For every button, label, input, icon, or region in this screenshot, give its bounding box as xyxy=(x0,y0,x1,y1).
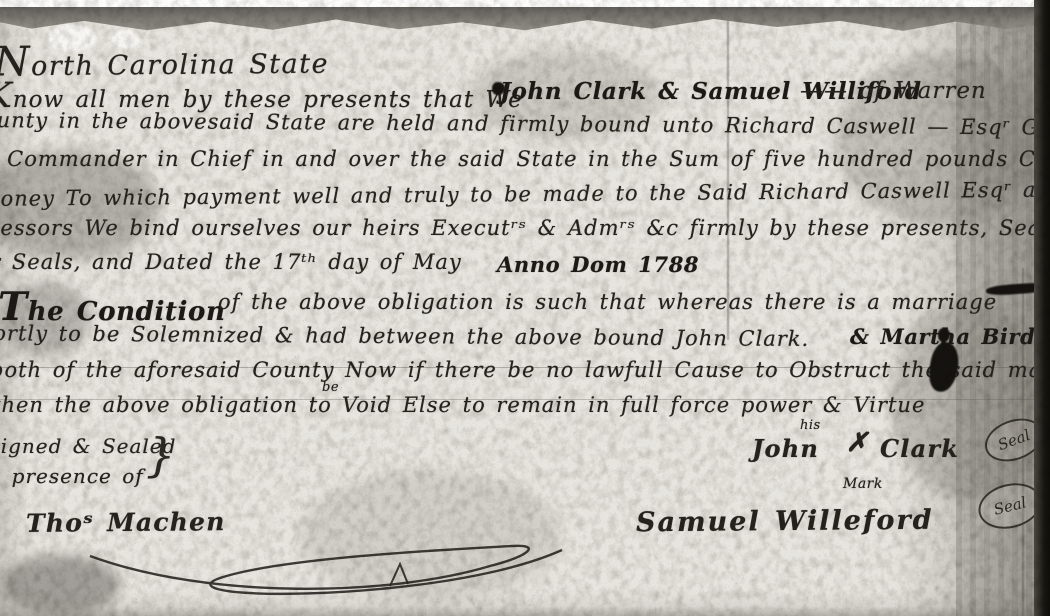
lawful-cause-clause: both of the aforesaid County Now if ther… xyxy=(0,358,1050,382)
county-of-residence: —— of Warren xyxy=(800,78,987,104)
condition-clause: of the above obligation is such that whe… xyxy=(218,290,997,314)
inserted-word: be xyxy=(322,380,339,395)
signature-flourish xyxy=(60,538,580,608)
void-clause-end: Void Else to remain in full force power … xyxy=(342,393,925,417)
seal-label: Seal xyxy=(992,493,1028,518)
bride-name: & Martha Bird xyxy=(850,324,1035,349)
groom-signature-last: Clark xyxy=(880,434,959,463)
scanned-document-page: North Carolina State Know all men by the… xyxy=(0,0,1050,616)
date-clause: our Seals, and Dated the 17ᵗʰ day of May xyxy=(0,250,462,274)
bondsman-signature: Samuel Willeford xyxy=(636,505,934,539)
marriage-clause: shortly to be Solemnized & had between t… xyxy=(0,321,809,351)
his-mark-label-bottom: Mark xyxy=(843,476,883,492)
attestation-line-2: in presence of xyxy=(0,464,144,488)
groom-signature-first: John xyxy=(752,434,819,463)
his-mark-label-top: his xyxy=(800,418,821,433)
void-clause-start: then the above obligation to xyxy=(0,393,332,417)
torn-paper-edge xyxy=(0,6,1050,33)
body-line: Successors We bind ourselves our heirs E… xyxy=(0,216,1050,240)
groom-mark-x: ✗ xyxy=(846,428,869,458)
witness-signature: Thoˢ Machen xyxy=(26,507,226,538)
scan-margin-top xyxy=(0,0,1050,7)
anno-domini: Anno Dom 1788 xyxy=(497,252,699,277)
scan-edge-band xyxy=(1034,0,1050,616)
seal-label: Seal xyxy=(995,426,1032,454)
attestation-brace: } xyxy=(146,428,176,482)
body-line: and Commander in Chief in and over the s… xyxy=(0,147,1050,171)
